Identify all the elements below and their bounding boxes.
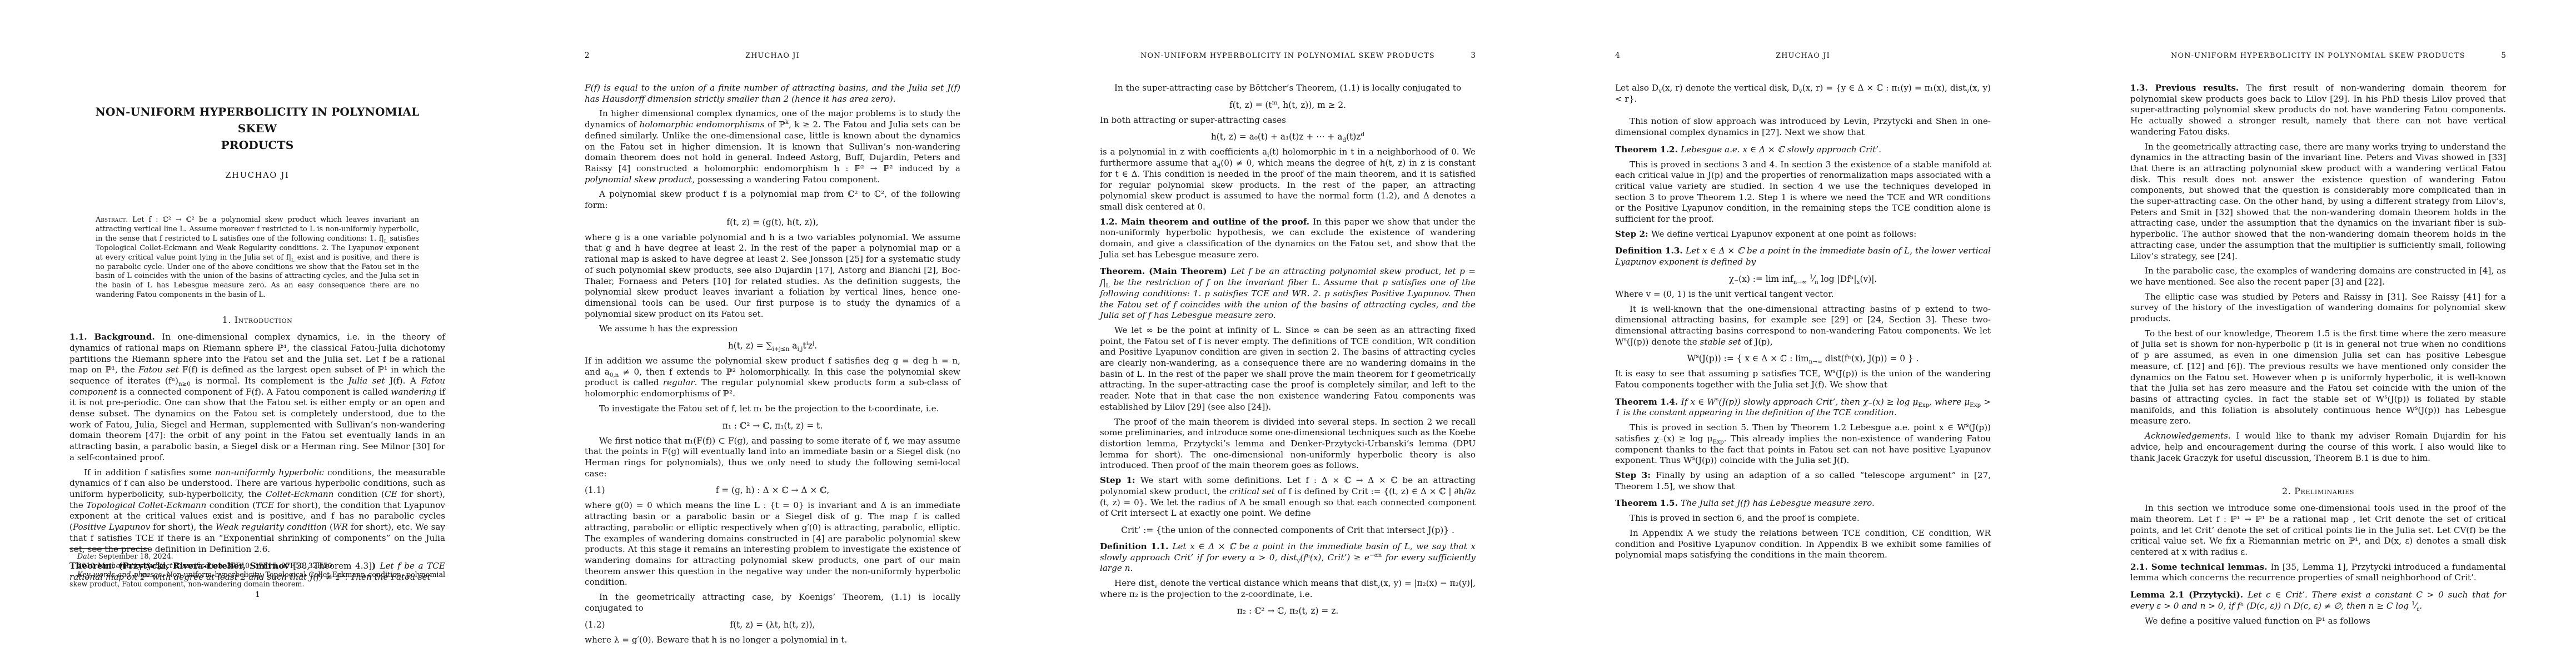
document-pages: NON-UNIFORM HYPERBOLICITY IN POLYNOMIAL … [0,0,2576,667]
text-run: Here dist [1114,578,1154,588]
text-run: 1. [222,315,235,325]
page-number: 3 [1451,51,1476,60]
abstract: Abstract. Let f : ℂ² → ℂ² be a polynomia… [96,216,419,300]
text-run: Definition 1.3. [1615,246,1686,256]
text-run: In the geometrically attracting case, by… [585,592,960,613]
running-head: ZHUCHAO JI [609,52,936,60]
text-run: for short), the [150,522,216,532]
text-run: In the parabolic case, the examples of w… [2130,266,2506,287]
text-run: f = (g, h) : Δ × ℂ → Δ × ℂ, [716,485,830,495]
display-formula: f(t, z) = (tm, h(t, z)), m ≥ 2. [1100,100,1476,110]
paper-title: NON-UNIFORM HYPERBOLICITY IN POLYNOMIAL … [89,103,425,153]
page-2: 2ZHUCHAO JIF(f) is equal to the union of… [515,0,1030,667]
text-run: Step 2: [1615,229,1651,239]
text-run: f(t, z) = (t [1229,100,1272,110]
text-run: Let f : ℂ² → ℂ² be a polynomial skew pro… [96,216,419,243]
text-run: It is easy to see that assuming p satisf… [1615,369,1833,379]
text-run: . [814,341,817,351]
text-run: ( [327,522,333,532]
text-run: if it is not pre-periodic. One can show … [69,387,445,462]
text-run: χ₋(x) := lim inf [1729,274,1793,284]
paragraph: We first notice that π₁(F(f)) ⊂ F(g), an… [585,436,960,480]
display-formula: (1.2)f(t, z) = (λt, h(t, z)), [585,620,960,630]
running-header: 4ZHUCHAO JI [1615,51,1991,60]
paragraph: In the geometrically attracting case, th… [2130,142,2506,262]
text-run: (t)z [1346,132,1361,142]
text-run: n→∞ [1793,279,1807,286]
text-run: f(t, z) = (g(t), h(t, z)), [726,217,818,227]
text-run: f(t, z) = (λt, h(t, z)), [730,620,815,630]
text-run: To investigate the Fatou set of f, let π… [599,404,939,414]
paragraph: We let ∞ be the point at infinity of L. … [1100,325,1476,413]
text-run: Preliminaries [2294,486,2354,496]
paragraph: Step 2: We define vertical Lyapunov expo… [1615,229,1991,240]
text-run: Collet-Eckmann [266,489,334,499]
paragraph: The proof of the main theorem is divided… [1100,417,1476,472]
pdf-viewer-canvas: { "watermark": { "text": "arXiv:1909.060… [0,0,2576,667]
text-run: condition ( [206,500,256,510]
paragraph: Here distv denote the vertical distance … [1100,578,1476,600]
text-run: critical set [1229,486,1275,496]
paragraph: Where v = (0, 1) is the unit vertical ta… [1615,289,1991,300]
text-run: To the best of our knowledge, Theorem 1.… [2130,328,2506,404]
text-run: be the restriction of f on the invariant… [1100,277,1476,320]
text-run: We define a positive valued function on … [2145,616,2370,626]
footnote: Date: September 18, 2024. [69,552,445,561]
display-formula: (1.1)f = (g, h) : Δ × ℂ → Δ × ℂ, [585,485,960,495]
text-run: (v)|. [1860,274,1877,284]
text-run: h(t, z) = ∑ [728,341,773,351]
text-run: In both attracting or super-attracting c… [1100,115,1286,125]
text-run: NON-UNIFORM HYPERBOLICITY IN POLYNOMIAL … [96,105,420,135]
text-run: 1.2. Main theorem and outline of the pro… [1100,217,1313,227]
theorem-block: Theorem 1.2. Lebesgue a.e. x ∈ Δ × ℂ slo… [1615,145,1991,156]
text-run: i+j≤n [772,346,789,352]
paragraph: is a polynomial in z with coefficients a… [1100,147,1476,212]
text-run: m [1272,99,1278,106]
text-run: denote the vertical distance which means… [1158,578,1377,588]
text-run: Where v = (0, 1) is the unit vertical ta… [1615,289,1834,299]
section-heading: 2. Preliminaries [2130,486,2506,496]
text-run: Fatou set [138,365,179,375]
text-run: F(f) is equal to the union of a finite n… [585,83,960,104]
paragraph: In the parabolic case, the examples of w… [2130,266,2506,287]
text-run: : September 18, 2024. [94,552,173,560]
page-number-footer: 1 [0,590,515,599]
text-run: Abstract. [96,216,128,224]
display-formula: χ₋(x) := lim infn→∞ 1⁄n log |Dfⁿ|x(v)|. [1615,274,1991,284]
text-run: This is proved in section 6, and the pro… [1630,513,1860,523]
text-run: Theorem 1.2. [1615,145,1681,155]
text-run: 1.1. Background. [69,332,162,342]
equation-label: (1.1) [585,485,605,495]
text-run: Lemma 2.1 (Przytycki). [2130,590,2248,600]
paragraph: The elliptic case was studied by Peters … [2130,292,2506,325]
text-run: In the super-attracting case by Böttcher… [1114,83,1461,93]
running-header: 2ZHUCHAO JI [585,51,960,60]
paragraph: To investigate the Fatou set of f, let π… [585,404,960,415]
text-run: This is proved in section 5. Then by The… [1630,422,1966,432]
text-run: where g(0) = 0 which means the line L : … [585,500,960,587]
text-run: wandering [391,387,436,397]
paragraph: In this section we introduce some one-di… [2130,503,2506,558]
theorem-block: Theorem. (Main Theorem) Let f be an attr… [1100,266,1476,321]
paragraph: where g is a one variable polynomial and… [585,232,960,320]
text-run: Definition 1.1. [1100,541,1172,551]
display-formula: f(t, z) = (g(t), h(t, z)), [585,217,960,227]
section-heading: 1. Introduction [69,315,445,325]
text-run: i,j [797,346,803,352]
text-column: 1.3. Previous results. The first result … [2130,79,2506,626]
text-run: (J(p)) coincide with the Julia set J(f). [1695,455,1849,465]
text-run: 37F10, 37F15, 37F50, 32H50. [225,561,334,570]
text-run: Exp [1970,402,1981,409]
page-1: NON-UNIFORM HYPERBOLICITY IN POLYNOMIAL … [0,0,515,667]
text-run: polynomial skew product [585,175,692,185]
footnote: Key words and phrases. Non-uniform hyper… [69,570,445,589]
text-run: Theorem 1.4. [1615,397,1681,407]
text-run: Date [77,552,94,560]
paragraph: If in addition we assume the polynomial … [585,356,960,400]
text-run: CE [385,489,397,499]
text-run: Theorem 1.5. [1615,498,1681,508]
text-run: Let x ∈ Δ × ℂ be a point in the immediat… [1686,246,1932,256]
text-run: Introduction [235,315,293,325]
paragraph: Step 1: We start with some definitions. … [1100,475,1476,519]
text-run: Crit’ := {the union of the connected com… [1121,525,1454,535]
text-run: The elliptic case was studied by Peters … [2130,292,2506,323]
text-run: (J(p)) := { x ∈ Δ × ℂ : lim [1699,354,1809,364]
footnotes: Date: September 18, 2024.2010 Mathematic… [69,548,445,589]
text-run: Topological Collet-Eckmann [86,500,206,510]
paragraph: To the best of our knowledge, Theorem 1.… [2130,328,2506,427]
text-run: We assume h has the expression [599,323,738,333]
text-run: W [1687,354,1696,364]
display-formula: Ws(J(p)) := { x ∈ Δ × ℂ : limn→∞ dist(fⁿ… [1615,354,1991,364]
theorem-block: Theorem 1.4. If x ∈ Ws(J(p)) slowly appr… [1615,397,1991,419]
text-run: a [789,341,797,351]
text-run: is defined by [1698,257,1756,267]
text-run: The proof of the main theorem is divided… [1100,417,1476,471]
equation-label: (1.2) [585,620,605,630]
text-run: n [1815,279,1818,286]
paragraph: where g(0) = 0 which means the line L : … [585,500,960,588]
text-run: −αn [1369,552,1382,559]
paragraph: In the geometrically attracting case, by… [585,592,960,614]
text-run: 1.3. Previous results. [2130,83,2246,93]
text-run: is a polynomial in z with coefficients a [1100,147,1267,157]
text-run: This notion of slow approach was introdu… [1615,116,1991,137]
text-run: This is proved in sections 3 and 4. In s… [1615,160,1991,225]
paragraph: 2.1. Some technical lemmas. In [35, Lemm… [2130,562,2506,584]
page-5: NON-UNIFORM HYPERBOLICITY IN POLYNOMIAL … [2061,0,2576,667]
running-header: NON-UNIFORM HYPERBOLICITY IN POLYNOMIAL … [1100,51,1476,60]
text-run: J(f). A [385,376,421,386]
text-run: 2. [2282,486,2294,496]
theorem-block: Definition 1.3. Let x ∈ Δ × ℂ be a point… [1615,246,1991,267]
text-run: (x, r) = {y ∈ Δ × ℂ : π₁(y) = π₁(x), dis… [1802,83,1966,93]
text-run: non-uniformly hyperbolic [215,467,324,477]
running-head: NON-UNIFORM HYPERBOLICITY IN POLYNOMIAL … [2155,52,2482,60]
page-number: 5 [2482,51,2506,60]
text-run: 2.1. Some technical lemmas. [2130,562,2271,572]
paragraph: This is proved in sections 3 and 4. In s… [1615,160,1991,225]
paragraph: If in addition f satisfies some non-unif… [69,467,445,555]
running-head: NON-UNIFORM HYPERBOLICITY IN POLYNOMIAL … [1124,52,1451,60]
paragraph: Acknowledgements. I would like to thank … [2130,431,2506,464]
spacer [1615,104,1991,112]
text-run: is normal. Its complement is the [191,376,348,386]
page-number: 2 [585,51,609,60]
text-run: Finally by using an adaption of a so cal… [1615,470,1991,491]
paragraph: It is easy to see that assuming p satisf… [1615,369,1991,390]
text-run: Weak regularity condition [216,522,327,532]
text-run: We first notice that π₁(F(f)) ⊂ F(g), an… [585,436,960,479]
page-3: NON-UNIFORM HYPERBOLICITY IN POLYNOMIAL … [1030,0,1546,667]
paragraph: This is proved in section 5. Then by The… [1615,422,1991,466]
theorem-block: Lemma 2.1 (Przytycki). Let c ∈ Crit’. Th… [2130,590,2506,611]
theorem-block: Definition 1.1. Let x ∈ Δ × ℂ be a point… [1100,541,1476,574]
page-number: 4 [1615,51,1640,60]
text-run: TCE [256,500,274,510]
text-run: We define vertical Lyapunov exponent at … [1651,229,1916,239]
paragraph: where λ = g′(0). Beware that h is no lon… [585,635,960,646]
text-run: , where μ [1929,397,1970,407]
text-run: π₂ : ℂ² → ℂ, π₂(t, z) = z. [1237,606,1338,616]
text-column: Let also Dv(x, r) denote the vertical di… [1615,79,1991,561]
text-run: Theorem. (Main Theorem) [1100,266,1231,276]
text-run: d [1361,131,1364,138]
text-run: In Appendix A we study the relations bet… [1615,528,1991,560]
paragraph: 1.2. Main theorem and outline of the pro… [1100,217,1476,261]
paragraph: It is well-known that the one-dimensiona… [1615,304,1991,348]
paragraph: This notion of slow approach was introdu… [1615,116,1991,138]
paragraph: In higher dimensional complex dynamics, … [585,108,960,185]
text-run: Lebesgue a.e. x ∈ Δ × ℂ slowly approach … [1681,145,1881,155]
text-run: WR [333,522,348,532]
text-run: Acknowledgements. [2145,431,2236,441]
text-run: Let also D [1615,83,1658,93]
text-run: 2010 [77,561,97,570]
footnote: 2010 Mathematics Subject Classification.… [69,561,445,571]
text-run: is a connected component of F(f). A Fato… [117,387,391,397]
paragraph: In Appendix A we study the relations bet… [1615,528,1991,561]
text-run: . [2419,601,2422,611]
text-run: , possessing a wandering Fatou component… [692,175,880,185]
paragraph: Step 3: Finally by using an adaption of … [1615,470,1991,492]
text-run: In this section we introduce some one-di… [2130,503,2506,557]
text-run: condition ( [333,489,384,499]
paragraph: This is proved in section 6, and the pro… [1615,513,1991,524]
display-formula: h(t, z) = ∑i+j≤n ai,jtizj. [585,341,960,351]
text-run: ZHUCHAO JI [225,171,289,180]
text-run: (x, r) denote the vertical disk, D [1662,83,1799,93]
running-header: NON-UNIFORM HYPERBOLICITY IN POLYNOMIAL … [2130,51,2506,60]
spacer [2130,464,2506,471]
text-run: Step 3: [1615,470,1656,480]
paragraph: We define a positive valued function on … [2130,616,2506,627]
text-run: (fⁿ(x), Crit’) ≥ e [1300,552,1369,563]
text-run: where g is a one variable polynomial and… [585,232,960,319]
text-run: log |Dfⁿ| [1818,274,1857,284]
text-run: where λ = g′(0). Beware that h is no lon… [585,635,847,645]
display-formula: π₂ : ℂ² → ℂ, π₂(t, z) = z. [1100,606,1476,616]
text-run: Key words and phrases. [77,570,164,579]
text-run: Julia set [348,376,385,386]
text-run: If x ∈ W [1681,397,1716,407]
paragraph: Let also Dv(x, r) denote the vertical di… [1615,83,1991,104]
text-run: holomorphic endomorphisms [640,120,765,130]
text-run: z [808,341,813,351]
text-column: In the super-attracting case by Böttcher… [1100,79,1476,621]
display-formula: h(t, z) = a₀(t) + a₁(t)z + ⋯ + ad(t)zd [1100,132,1476,142]
text-column: NON-UNIFORM HYPERBOLICITY IN POLYNOMIAL … [69,79,445,583]
text-run: PRODUCTS [221,138,294,152]
display-formula: π₁ : ℂ² → ℂ, π₁(t, z) = t. [585,421,960,431]
text-run: Exp [1918,402,1929,409]
text-run: n→∞ [1809,359,1822,365]
text-run: of J(p), [1741,337,1773,347]
text-run: of ℙ [764,120,785,130]
text-run: h(t, z) = a₀(t) + a₁(t)z + ⋯ + a [1211,132,1342,142]
text-run: stable set [1700,337,1741,347]
running-head: ZHUCHAO JI [1640,52,1966,60]
text-run: Positive Lyapunov [73,522,150,532]
paragraph: In the super-attracting case by Böttcher… [1100,83,1476,94]
text-run: , h(t, z)), m ≥ 2. [1278,100,1347,110]
display-formula: Crit’ := {the union of the connected com… [1100,525,1476,535]
text-run: Mathematics Subject Classification. [97,561,225,570]
page-4: 4ZHUCHAO JILet also Dv(x, r) denote the … [1546,0,2061,667]
text-run: regular [663,377,695,387]
footnote-rule [69,548,148,549]
paragraph: A polynomial skew product f is a polynom… [585,189,960,211]
text-run: (J(p)) denote the [1627,337,1700,347]
paragraph: In both attracting or super-attracting c… [1100,115,1476,126]
text-run: If in addition f satisfies some [84,467,215,477]
text-run: dist(fⁿ(x), J(p)) = 0 } . [1822,354,1919,364]
text-run: Step 1: [1100,475,1140,485]
paragraph: We assume h has the expression [585,323,960,335]
paragraph: 1.3. Previous results. The first result … [2130,83,2506,138]
paragraph: 1.1. Background. In one-dimensional comp… [69,332,445,463]
text-run: We let ∞ be the point at infinity of L. … [1100,325,1476,412]
paragraph: F(f) is equal to the union of a finite n… [585,83,960,104]
text-run: (J(p)) slowly approach Crit’, then χ₋(x)… [1718,397,1918,407]
text-run: π₁ : ℂ² → ℂ, π₁(t, z) = t. [723,421,823,431]
text-column: F(f) is equal to the union of a finite n… [585,79,960,646]
theorem-block: Theorem 1.5. The Julia set J(f) has Lebe… [1615,498,1991,509]
text-run: A polynomial skew product f is a polynom… [585,189,960,210]
author-name: ZHUCHAO JI [69,171,445,180]
text-run: In the geometrically attracting case, th… [2130,142,2506,261]
text-run: The Julia set J(f) has Lebesgue measure … [1681,498,1875,508]
